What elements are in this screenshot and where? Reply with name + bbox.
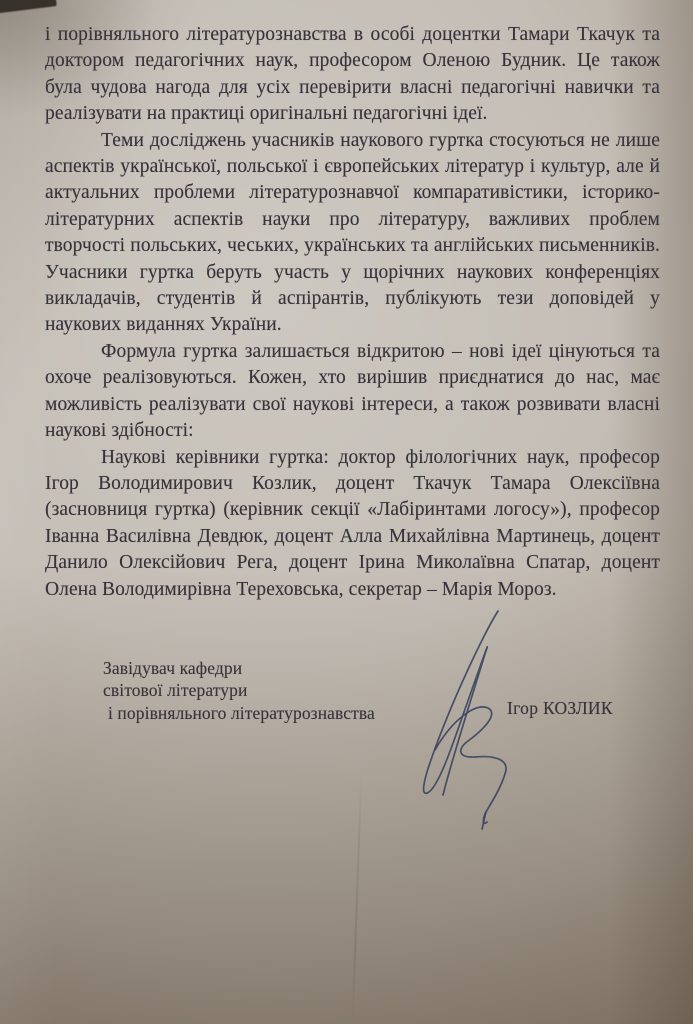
paragraph: Наукові керівники гуртка: доктор філолог… [45,445,660,603]
signatory-title-line: Завідувач кафедри [103,657,375,679]
paragraph: і порівняльного літературознавства в осо… [45,22,660,128]
handwritten-signature-icon [397,607,547,832]
signatory-name: Ігор КОЗЛИК [507,697,613,719]
paragraph: Формула гуртка залишається відкритою – н… [45,339,660,445]
signatory-title-line: світової літератури [103,679,375,701]
paragraph: Теми досліджень учасників наукового гурт… [45,128,660,339]
signatory-title: Завідувач кафедри світової літератури і … [103,657,375,724]
body-text: і порівняльного літературознавства в осо… [0,0,693,877]
document-page: і порівняльного літературознавства в осо… [0,0,693,1024]
signatory-title-line: і порівняльного літературознавства [103,702,375,724]
signature-block: Завідувач кафедри світової літератури і … [45,657,660,877]
